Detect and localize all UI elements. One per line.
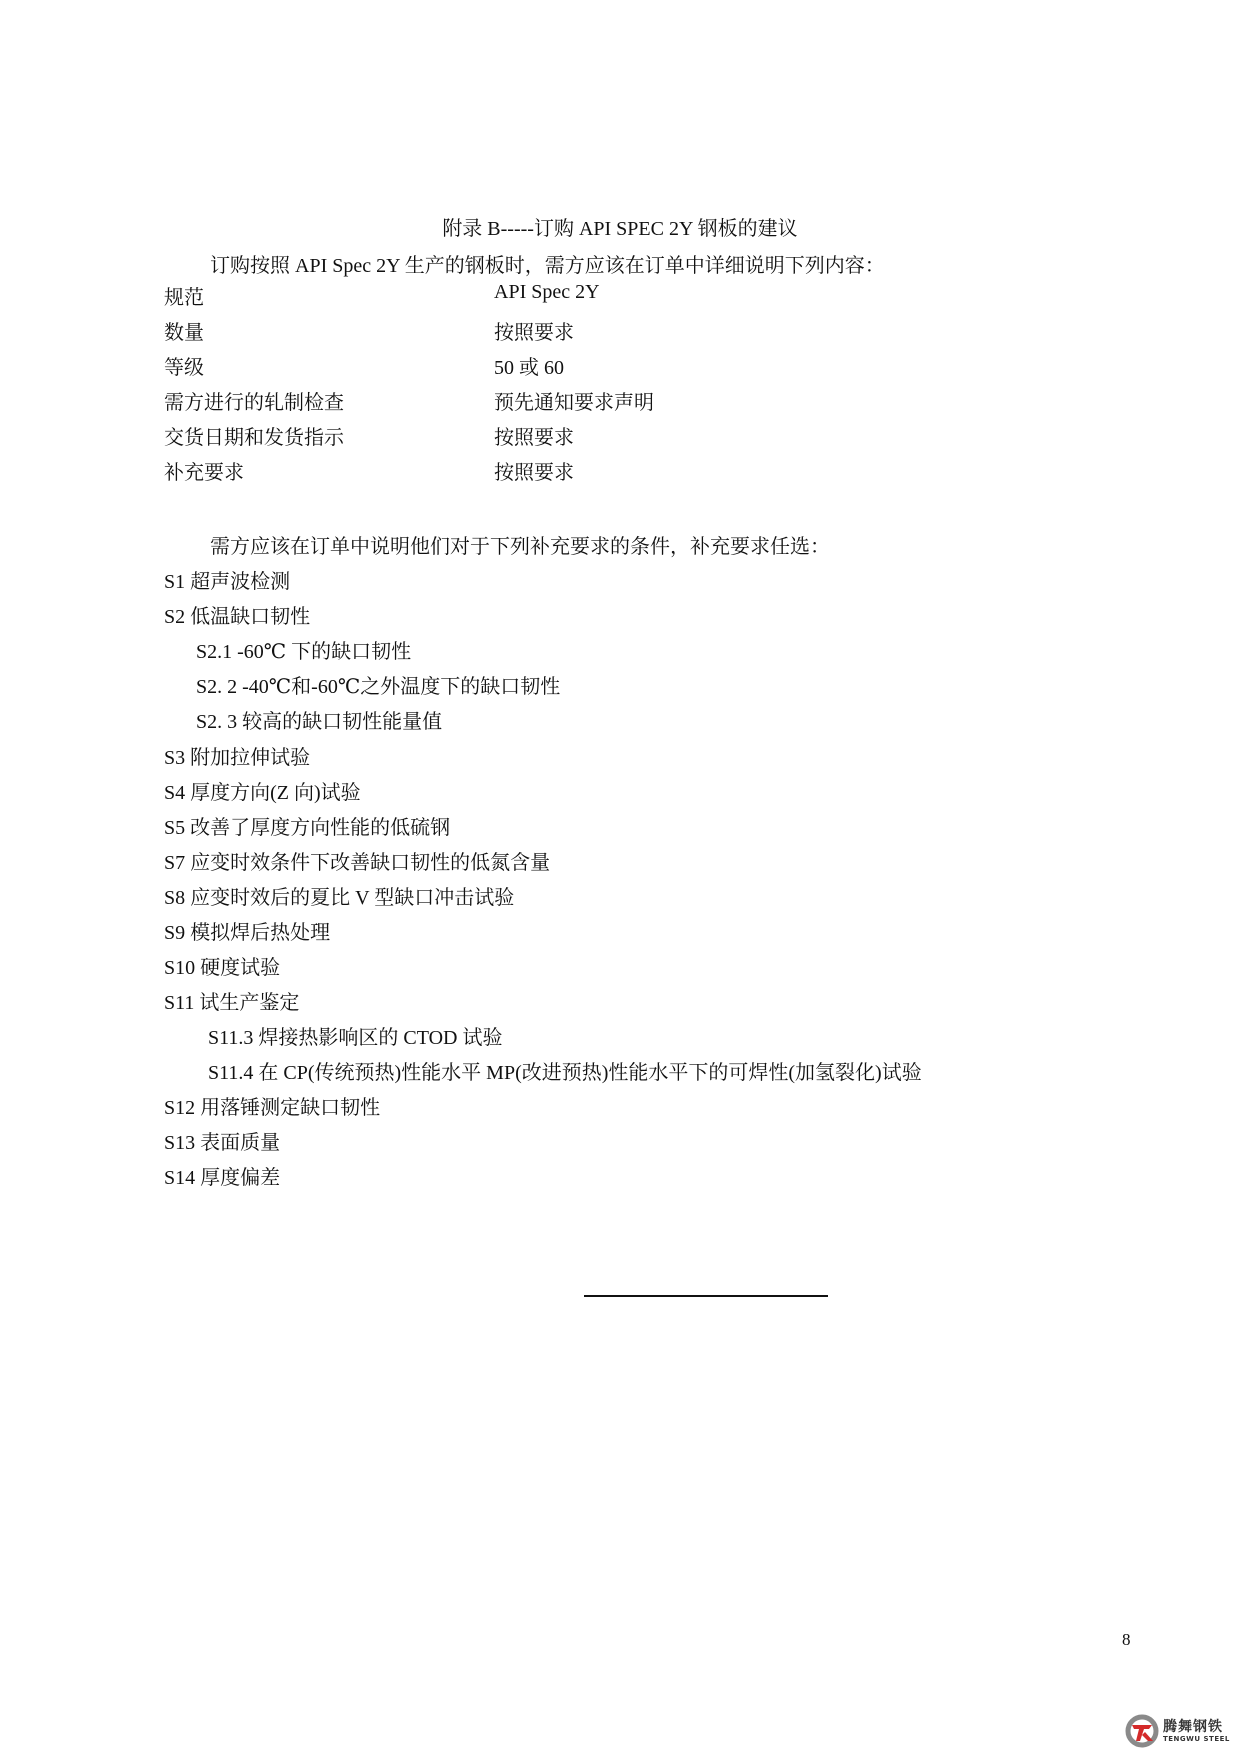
spec-key: 交货日期和发货指示 bbox=[164, 421, 344, 450]
supplementary-item: S1 超声波检测 bbox=[164, 565, 290, 594]
spec-value: 50 或 60 bbox=[494, 351, 564, 380]
supplementary-item: S12 用落锤测定缺口韧性 bbox=[164, 1091, 380, 1120]
supplementary-intro: 需方应该在订单中说明他们对于下列补充要求的条件，补充要求任选： bbox=[210, 530, 830, 559]
spec-value: 按照要求 bbox=[494, 456, 574, 485]
supplementary-item: S7 应变时效条件下改善缺口韧性的低氮含量 bbox=[164, 846, 550, 875]
spec-value: 按照要求 bbox=[494, 421, 574, 450]
supplementary-item: S3 附加拉伸试验 bbox=[164, 741, 310, 770]
supplementary-subitem: S11.4 在 CP(传统预热)性能水平 MP(改进预热)性能水平下的可焊性(加… bbox=[208, 1056, 922, 1085]
supplementary-subitem: S2.1 -60℃ 下的缺口韧性 bbox=[196, 635, 411, 664]
tengwu-logo-icon bbox=[1125, 1714, 1159, 1748]
spec-row: 规范 API Spec 2Y bbox=[164, 281, 1064, 311]
supplementary-item: S14 厚度偏差 bbox=[164, 1161, 280, 1190]
spec-row: 补充要求 按照要求 bbox=[164, 456, 1064, 486]
supplementary-item: S4 厚度方向(Z 向)试验 bbox=[164, 776, 361, 805]
spec-value: 按照要求 bbox=[494, 316, 574, 345]
spec-value: API Spec 2Y bbox=[494, 281, 600, 304]
spec-row: 等级 50 或 60 bbox=[164, 351, 1064, 381]
supplementary-item: S2 低温缺口韧性 bbox=[164, 600, 310, 629]
spec-key: 等级 bbox=[164, 351, 204, 380]
supplementary-subitem: S2. 2 -40℃和-60℃之外温度下的缺口韧性 bbox=[196, 670, 560, 699]
spec-key: 需方进行的轧制检查 bbox=[164, 386, 344, 415]
end-divider bbox=[584, 1295, 828, 1297]
supplementary-item: S11 试生产鉴定 bbox=[164, 986, 299, 1015]
spec-row: 交货日期和发货指示 按照要求 bbox=[164, 421, 1064, 451]
spec-key: 规范 bbox=[164, 281, 204, 310]
supplementary-item: S5 改善了厚度方向性能的低硫钢 bbox=[164, 811, 450, 840]
supplementary-subitem: S2. 3 较高的缺口韧性能量值 bbox=[196, 705, 442, 734]
spec-key: 补充要求 bbox=[164, 456, 244, 485]
appendix-title: 附录 B-----订购 API SPEC 2Y 钢板的建议 bbox=[0, 212, 1240, 241]
spec-key: 数量 bbox=[164, 316, 204, 345]
supplementary-item: S8 应变时效后的夏比 V 型缺口冲击试验 bbox=[164, 881, 514, 910]
spec-row: 数量 按照要求 bbox=[164, 316, 1064, 346]
page-number: 8 bbox=[1122, 1630, 1131, 1650]
spec-value: 预先通知要求声明 bbox=[494, 386, 654, 415]
spec-row: 需方进行的轧制检查 预先通知要求声明 bbox=[164, 386, 1064, 416]
company-logo: 腾舞钢铁 TENGWU STEEL bbox=[1125, 1710, 1240, 1752]
logo-name-cn: 腾舞钢铁 bbox=[1163, 1716, 1223, 1736]
supplementary-item: S10 硬度试验 bbox=[164, 951, 280, 980]
order-intro: 订购按照 API Spec 2Y 生产的钢板时，需方应该在订单中详细说明下列内容… bbox=[210, 249, 885, 278]
supplementary-item: S9 模拟焊后热处理 bbox=[164, 916, 330, 945]
logo-name-en: TENGWU STEEL bbox=[1163, 1735, 1230, 1743]
supplementary-subitem: S11.3 焊接热影响区的 CTOD 试验 bbox=[208, 1021, 502, 1050]
supplementary-item: S13 表面质量 bbox=[164, 1126, 280, 1155]
